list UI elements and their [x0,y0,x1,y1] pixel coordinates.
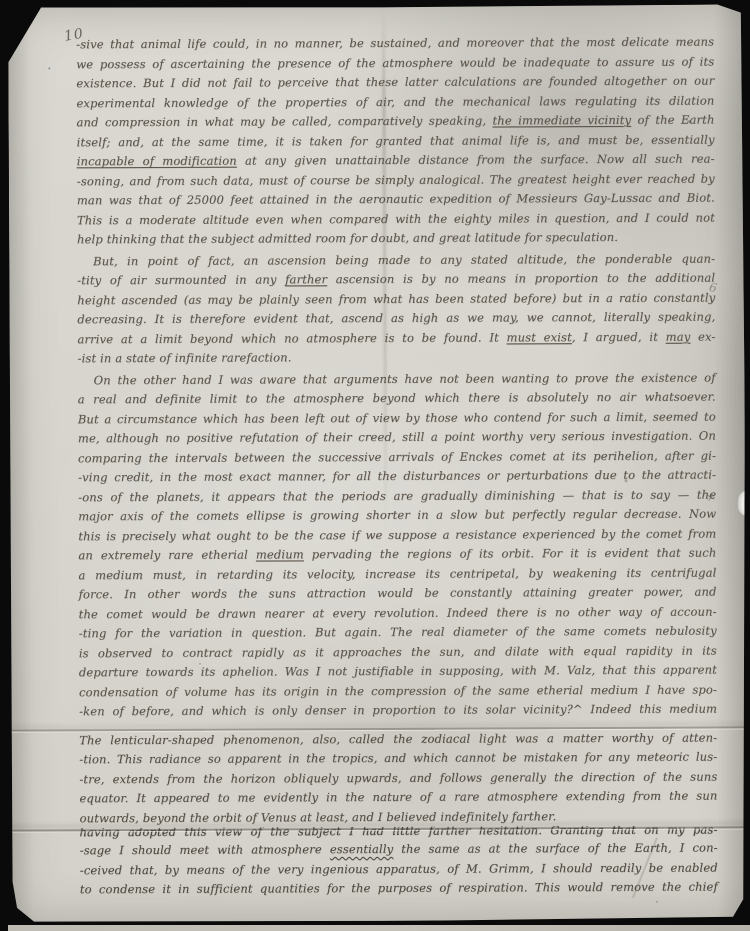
text-segment: the comet would be drawn nearer at every… [79,604,717,621]
text-segment: a real and definite limit to the atmosph… [78,390,716,407]
text-segment: we possess of ascertaining the presence … [76,54,714,71]
manuscript-lines: -sive that animal life could, in no mann… [76,33,718,900]
text-segment: a medium must, in retarding its velocity… [78,565,716,582]
manuscript-line: man was that of 25000 feet attained in t… [77,189,715,211]
manuscript-line: an extremely rare etherial medium pervad… [78,544,716,566]
text-segment: ex- [690,329,715,343]
text-segment: major axis of the comets ellipse is grow… [78,507,716,524]
manuscript-line: -sive that animal life could, in no mann… [76,33,714,55]
text-segment: help thinking that the subject admitted … [77,230,618,246]
underlined-text: farther [285,272,327,286]
text-segment: The lenticular-shaped phenomenon, also, … [79,730,717,747]
text-segment: -ist in a state of infinite rarefaction. [78,350,292,365]
manuscript-line: -tity of air surmounted in any farther a… [77,269,715,291]
text-segment: -sage I should meet with atmosphere [80,842,330,857]
manuscript-line: incapable of modification at any given u… [77,150,715,172]
manuscript-line: -ting for the variation in question. But… [79,622,717,644]
underlined-text: must exist [506,330,571,344]
manuscript-line: departure towards its aphelion. Was I no… [79,661,717,683]
underlined-text: the immediate vicinity [492,113,631,128]
manuscript-line: This is a moderate altitude even when co… [77,208,715,230]
paper-notch [738,490,748,516]
text-segment: me, although no positive refutation of t… [78,429,716,446]
text-segment: decreasing. It is therefore evident that… [77,310,715,327]
text-segment: arrive at a limit beyond which no atmosp… [77,330,506,346]
text-segment: departure towards its aphelion. Was I no… [79,663,717,680]
manuscript-page: 10 -sive that animal life could, in no m… [8,4,747,922]
underlined-text: medium [256,547,304,561]
text-segment: of the Earth [631,113,714,127]
text-segment: -tre, extends from the horizon obliquely… [79,769,717,786]
text-segment: outwards, beyond the orbit of Venus at l… [80,809,557,825]
text-segment: -ons of the planets, it appears that the… [78,487,716,504]
text-segment: -ving credit, in the most exact manner, … [78,468,716,485]
manuscript-line: arrive at a limit beyond which no atmosp… [77,327,715,349]
photo-background: 10 -sive that animal life could, in no m… [0,0,750,931]
text-segment: -sive that animal life could, in no mann… [76,35,714,52]
manuscript-line: a real and definite limit to the atmosph… [78,388,716,410]
text-segment: -tion. This radiance so apparent in the … [79,750,717,767]
text-segment: this is precisely what ought to be the c… [78,526,716,543]
text-segment: itself; and, at the same time, it is tak… [77,132,715,149]
text-segment: equator. It appeared to me evidently in … [79,789,717,806]
underlined-text: essentially [330,842,394,856]
text-segment: to condense it in sufficient quantities … [80,880,718,897]
text-segment: and compression in what may be called, c… [76,113,492,129]
manuscript-line: -ving credit, in the most exact manner, … [78,466,716,488]
manuscript-line: and compression in what may be called, c… [76,111,714,133]
manuscript-line: existence. But I did not fail to perceiv… [76,72,714,94]
manuscript-line: me, although no positive refutation of t… [78,427,716,449]
text-segment: man was that of 25000 feet attained in t… [77,191,715,208]
manuscript-line: -tion. This radiance so apparent in the … [79,748,717,770]
manuscript-line: decreasing. It is therefore evident that… [77,308,715,330]
text-segment: -ken of before, and which is only denser… [79,702,717,719]
text-segment: the same as at the surface of the Earth,… [393,841,717,856]
text-segment: height ascended (as may be plainly seen … [77,290,715,307]
text-segment: , I argued, it [572,329,666,343]
manuscript-line: help thinking that the subject admitted … [77,228,715,250]
text-segment: -soning, and from such data, must of cou… [77,171,715,188]
underlined-text: may [666,329,691,343]
text-segment: On the other hand I was aware that argum… [94,370,716,387]
paper-specks [48,67,50,69]
text-segment: existence. But I did not fail to perceiv… [76,74,714,91]
manuscript-line: -ist in a state of infinite rarefaction. [77,347,715,369]
margin-mark: 6 [708,280,718,295]
text-segment: This is a moderate altitude even when co… [77,210,715,227]
manuscript-line: force. In other words the suns attractio… [79,583,717,605]
text-segment: But, in point of fact, an ascension bein… [93,251,715,268]
manuscript-line: to condense it in sufficient quantities … [80,878,718,900]
text-segment: force. In other words the suns attractio… [79,585,717,602]
text-segment: at any given unattainable distance from … [237,152,715,168]
text-segment: -ceived that, by means of the very ingen… [80,860,718,877]
manuscript-line: major axis of the comets ellipse is grow… [78,505,716,527]
text-segment: is observed to contract rapidly as it ap… [79,643,717,660]
text-segment: -ting for the variation in question. But… [79,624,717,641]
manuscript-line: -ken of before, and which is only denser… [79,700,717,722]
text-segment: But a circumstance which has been left o… [78,409,716,426]
text-segment: pervading the regions of its orbit. For … [304,546,717,562]
manuscript-line: -sage I should meet with atmosphere esse… [80,839,718,861]
text-segment: -tity of air surmounted in any [77,272,285,287]
text-segment: condensation of volume has its origin in… [79,682,717,699]
underlying-page-edge [8,925,750,931]
text-segment: experimental knowledge of the properties… [76,93,714,110]
manuscript-line: equator. It appeared to me evidently in … [79,787,717,809]
text-segment: ascension is by no means in proportion t… [327,271,715,287]
underlined-text: incapable of modification [77,154,237,169]
text-segment: an extremely rare etherial [78,548,256,563]
text-segment: comparing the intervals between the succ… [78,448,716,465]
